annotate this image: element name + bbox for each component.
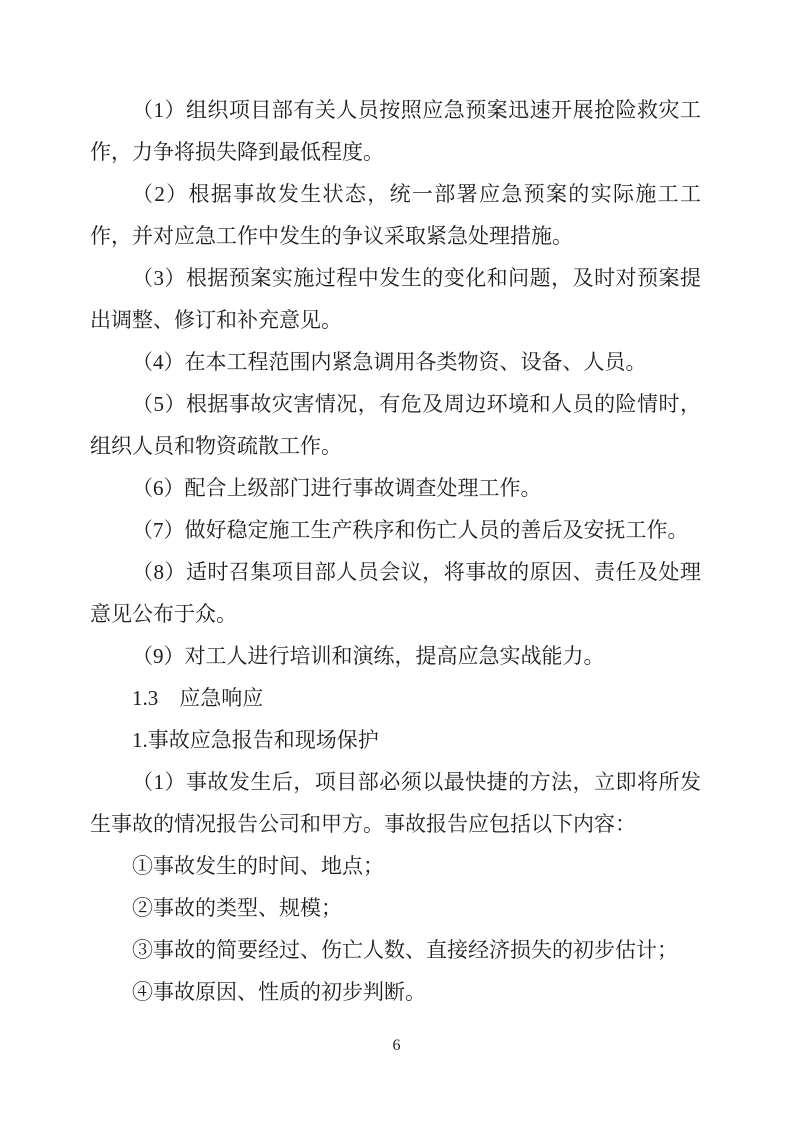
numbered-item-report-1: （1）事故发生后，项目部必须以最快捷的方法，立即将所发生事故的情况报告公司和甲方… bbox=[90, 761, 701, 845]
circled-item-4: ④事故原因、性质的初步判断。 bbox=[90, 971, 701, 1013]
document-page: （1）组织项目部有关人员按照应急预案迅速开展抢险救灾工作，力争将损失降到最低程度… bbox=[0, 0, 793, 1122]
page-number: 6 bbox=[393, 1037, 401, 1054]
numbered-item-6: （6）配合上级部门进行事故调查处理工作。 bbox=[90, 467, 701, 509]
numbered-item-7: （7）做好稳定施工生产秩序和伤亡人员的善后及安抚工作。 bbox=[90, 509, 701, 551]
section-heading-1-3: 1.3 应急响应 bbox=[90, 677, 701, 719]
subsection-heading-1: 1.事故应急报告和现场保护 bbox=[90, 719, 701, 761]
circled-item-1: ①事故发生的时间、地点； bbox=[90, 845, 701, 887]
page-footer: 6 bbox=[0, 1036, 793, 1056]
numbered-item-4: （4）在本工程范围内紧急调用各类物资、设备、人员。 bbox=[90, 341, 701, 383]
document-body: （1）组织项目部有关人员按照应急预案迅速开展抢险救灾工作，力争将损失降到最低程度… bbox=[90, 89, 701, 1013]
numbered-item-1: （1）组织项目部有关人员按照应急预案迅速开展抢险救灾工作，力争将损失降到最低程度… bbox=[90, 89, 701, 173]
numbered-item-9: （9）对工人进行培训和演练，提高应急实战能力。 bbox=[90, 635, 701, 677]
numbered-item-3: （3）根据预案实施过程中发生的变化和问题，及时对预案提出调整、修订和补充意见。 bbox=[90, 257, 701, 341]
numbered-item-5: （5）根据事故灾害情况，有危及周边环境和人员的险情时，组织人员和物资疏散工作。 bbox=[90, 383, 701, 467]
circled-item-2: ②事故的类型、规模； bbox=[90, 887, 701, 929]
circled-item-3: ③事故的简要经过、伤亡人数、直接经济损失的初步估计； bbox=[90, 929, 701, 971]
numbered-item-2: （2）根据事故发生状态，统一部署应急预案的实际施工工作，并对应急工作中发生的争议… bbox=[90, 173, 701, 257]
numbered-item-8: （8）适时召集项目部人员会议，将事故的原因、责任及处理意见公布于众。 bbox=[90, 551, 701, 635]
